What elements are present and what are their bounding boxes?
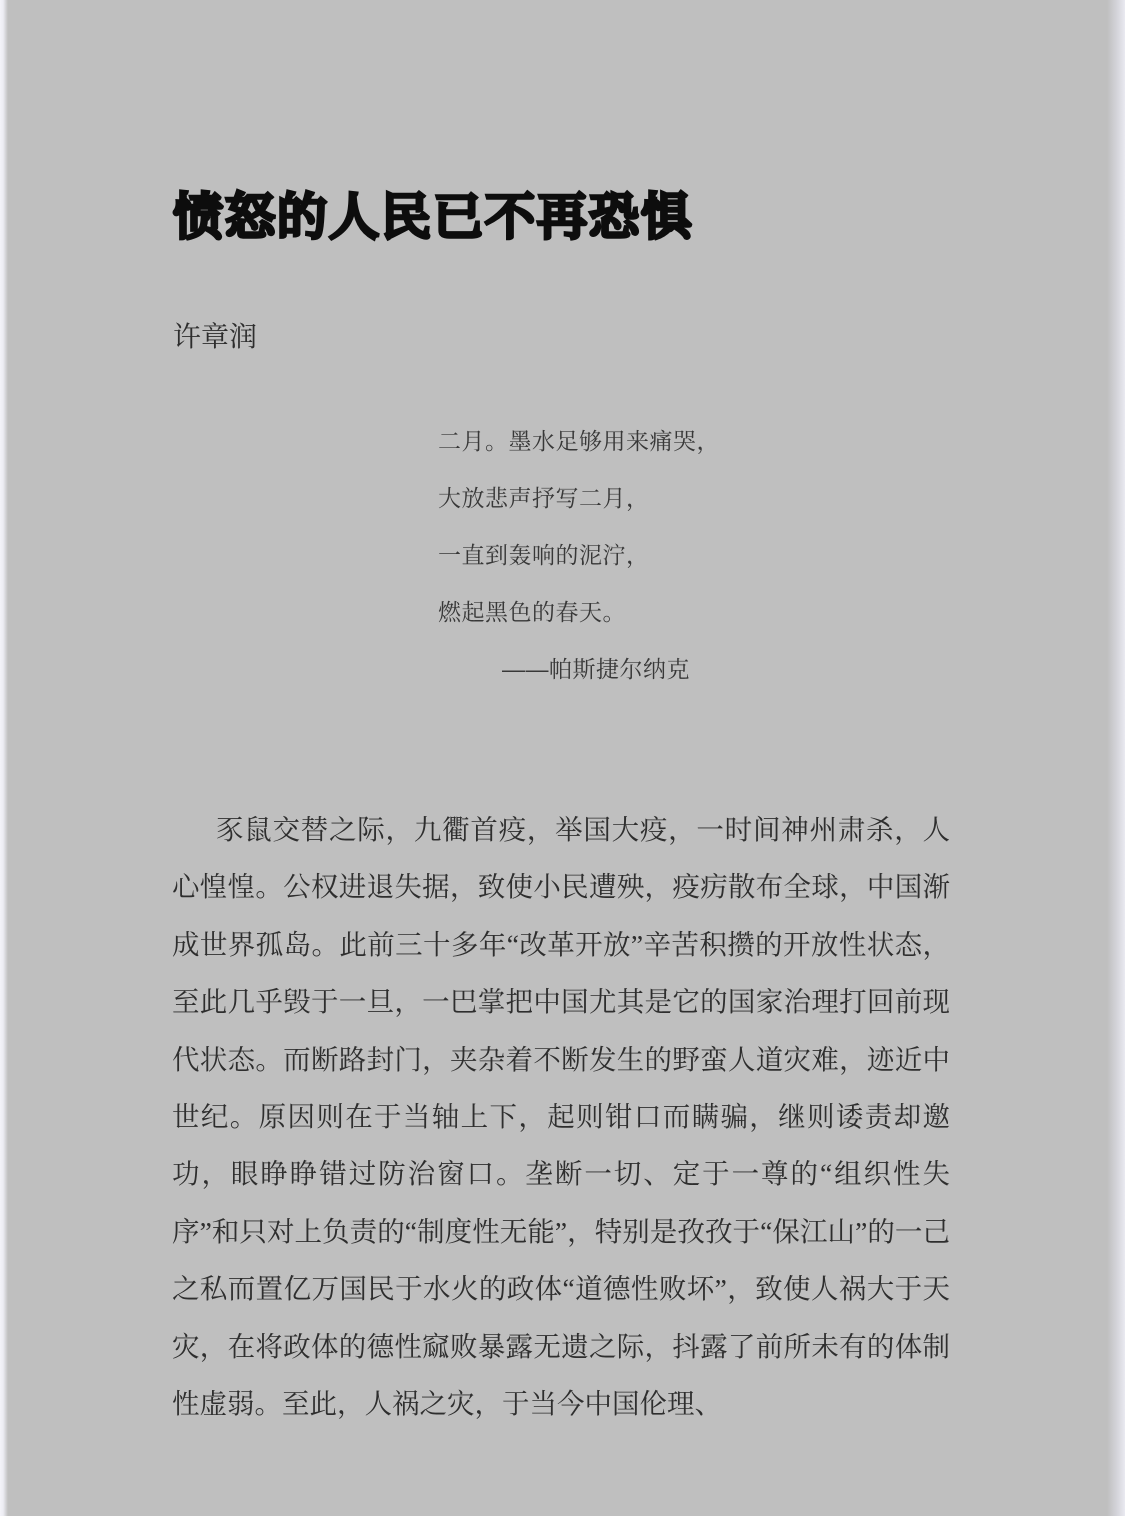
epigraph-attribution: ——帕斯捷尔纳克 [438,641,720,698]
epigraph: 二月。墨水足够用来痛哭， 大放悲声抒写二月， 一直到轰响的泥泞， 燃起黑色的春天… [438,413,720,698]
document-page: 愤怒的人民已不再恐惧 许章润 二月。墨水足够用来痛哭， 大放悲声抒写二月， 一直… [0,0,1125,1516]
epigraph-line: 二月。墨水足够用来痛哭， [438,413,720,470]
epigraph-line: 大放悲声抒写二月， [438,470,720,527]
body-paragraph: 豕鼠交替之际，九衢首疫，举国大疫，一时间神州肃杀，人心惶惶。公权进退失据，致使小… [172,801,950,1432]
author-name: 许章润 [173,318,257,356]
page-left-edge [0,0,8,1516]
epigraph-line: 一直到轰响的泥泞， [438,527,720,584]
epigraph-line: 燃起黑色的春天。 [438,584,720,641]
page-title: 愤怒的人民已不再恐惧 [173,186,693,248]
page-right-edge [1107,0,1125,1516]
